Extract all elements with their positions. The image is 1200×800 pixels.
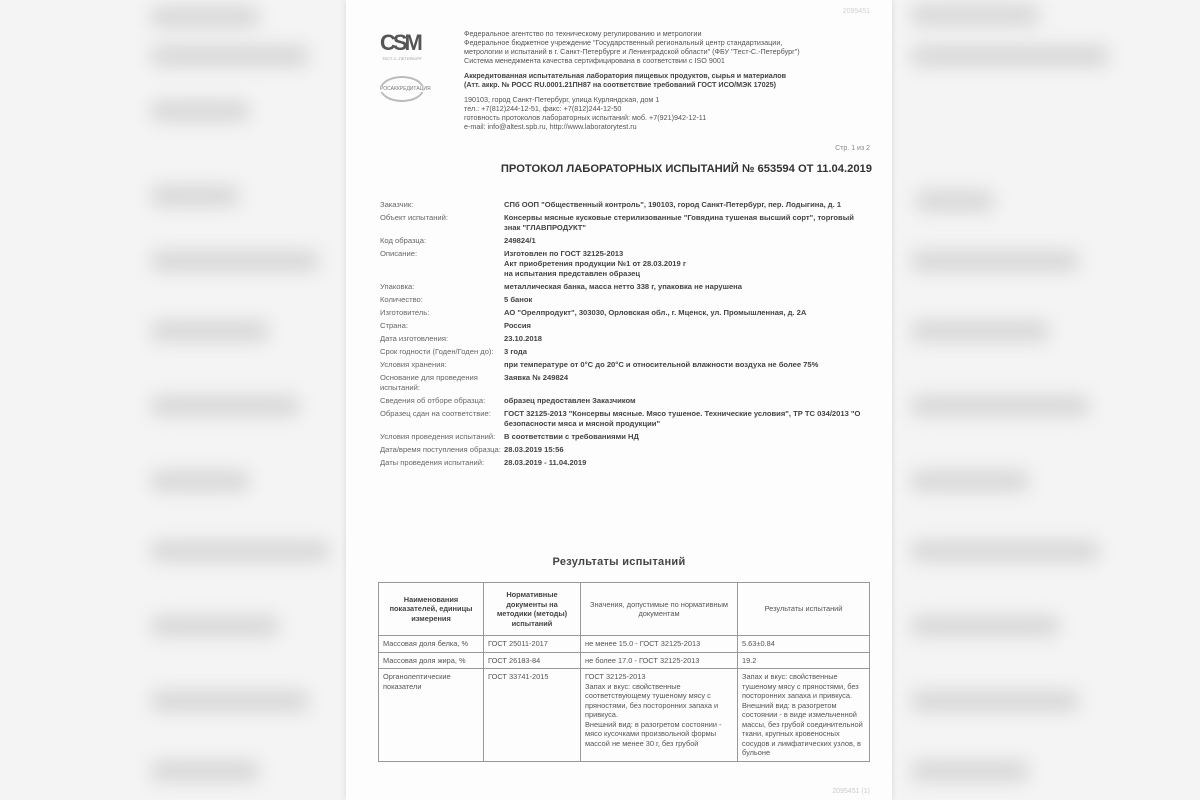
field-label: Объект испытаний:: [380, 213, 504, 233]
field-row: Описание:Изготовлен по ГОСТ 32125-2013 А…: [380, 249, 870, 279]
readiness-line: готовность протоколов лабораторных испыт…: [464, 113, 864, 122]
field-label: Даты проведения испытаний:: [380, 458, 504, 468]
cell-method: ГОСТ 25011-2017: [484, 636, 581, 653]
field-value: ГОСТ 32125-2013 "Консервы мясные. Мясо т…: [504, 409, 870, 429]
field-row: Упаковка:металлическая банка, масса нетт…: [380, 282, 870, 292]
field-label: Упаковка:: [380, 282, 504, 292]
field-row: Условия проведения испытаний:В соответст…: [380, 432, 870, 442]
field-value: образец предоставлен Заказчиком: [504, 396, 870, 406]
field-row: Условия хранения:при температуре от 0°С …: [380, 360, 870, 370]
field-label: Дата изготовления:: [380, 334, 504, 344]
field-value: Заявка № 249824: [504, 373, 870, 393]
results-title: Результаты испытаний: [346, 556, 892, 568]
field-value: 23.10.2018: [504, 334, 870, 344]
results-header-row: Наименования показателей, единицы измере…: [379, 583, 870, 636]
cell-result: 5.63±0.84: [738, 636, 870, 653]
column-header-allowed: Значения, допустимые по нормативным доку…: [581, 583, 738, 636]
field-label: Условия хранения:: [380, 360, 504, 370]
address-line: 190103, город Санкт-Петербург, улица Кур…: [464, 95, 864, 104]
field-label: Срок годности (Годен/Годен до):: [380, 347, 504, 357]
csm-logo-icon: CSM ТЕСТ-С.-ПЕТЕРБУРГ: [380, 30, 424, 56]
field-row: Количество:5 банок: [380, 295, 870, 305]
field-row: Дата изготовления:23.10.2018: [380, 334, 870, 344]
field-row: Заказчик:СПб ООП "Общественный контроль"…: [380, 200, 870, 210]
phone-line: тел.: +7(812)244-12-51, факс: +7(812)244…: [464, 104, 864, 113]
cell-indicator: Массовая доля белка, %: [379, 636, 484, 653]
field-value: Россия: [504, 321, 870, 331]
field-value: Консервы мясные кусковые стерилизованные…: [504, 213, 870, 233]
iso-line: Система менеджмента качества сертифициро…: [464, 56, 864, 65]
field-label: Описание:: [380, 249, 504, 279]
field-value: при температуре от 0°С до 20°С и относит…: [504, 360, 870, 370]
field-row: Изготовитель:АО "Орелпродукт", 303030, О…: [380, 308, 870, 318]
field-value: 249824/1: [504, 236, 870, 246]
field-row: Срок годности (Годен/Годен до):3 года: [380, 347, 870, 357]
table-row: Массовая доля белка, %ГОСТ 25011-2017не …: [379, 636, 870, 653]
field-value: АО "Орелпродукт", 303030, Орловская обл.…: [504, 308, 870, 318]
field-row: Страна:Россия: [380, 321, 870, 331]
field-label: Количество:: [380, 295, 504, 305]
column-header-result: Результаты испытаний: [738, 583, 870, 636]
field-row: Основание для проведения испытаний:Заявк…: [380, 373, 870, 393]
protocol-document: 2095451 CSM ТЕСТ-С.-ПЕТЕРБУРГ РОСАККРЕДИ…: [346, 0, 892, 800]
lab-name: Аккредитованная испытательная лаборатори…: [464, 71, 864, 80]
field-label: Основание для проведения испытаний:: [380, 373, 504, 393]
email-line: e-mail: info@altest.spb.ru, http://www.l…: [464, 122, 864, 131]
results-table: Наименования показателей, единицы измере…: [378, 582, 870, 762]
field-label: Условия проведения испытаний:: [380, 432, 504, 442]
sample-details: Заказчик:СПб ООП "Общественный контроль"…: [380, 200, 870, 471]
cell-indicator: Органолептические показатели: [379, 669, 484, 762]
field-label: Изготовитель:: [380, 308, 504, 318]
field-label: Заказчик:: [380, 200, 504, 210]
field-row: Объект испытаний:Консервы мясные кусковы…: [380, 213, 870, 233]
accreditation-line: (Атт. аккр. № РОСС RU.0001.21ПН87 на соо…: [464, 80, 864, 89]
rosaccreditation-logo-icon: РОСАККРЕДИТАЦИЯ: [380, 76, 424, 102]
institution-line-2: метрологии и испытаний в г. Санкт-Петерб…: [464, 47, 864, 56]
organization-header: Федеральное агентство по техническому ре…: [464, 29, 864, 131]
footer-mark: 2095451 (1): [832, 788, 870, 795]
cell-method: ГОСТ 26183-84: [484, 652, 581, 669]
cell-allowed: не более 17.0 - ГОСТ 32125-2013: [581, 652, 738, 669]
cell-method: ГОСТ 33741-2015: [484, 669, 581, 762]
field-value: металлическая банка, масса нетто 338 г, …: [504, 282, 870, 292]
agency-line: Федеральное агентство по техническому ре…: [464, 29, 864, 38]
column-header-indicator: Наименования показателей, единицы измере…: [379, 583, 484, 636]
field-row: Образец сдан на соответствие:ГОСТ 32125-…: [380, 409, 870, 429]
cell-result: Запах и вкус: свойственные тушеному мясу…: [738, 669, 870, 762]
field-label: Образец сдан на соответствие:: [380, 409, 504, 429]
cell-indicator: Массовая доля жира, %: [379, 652, 484, 669]
corner-mark: 2095451: [843, 8, 870, 15]
field-value: В соответствии с требованиями НД: [504, 432, 870, 442]
institution-line-1: Федеральное бюджетное учреждение "Госуда…: [464, 38, 864, 47]
field-row: Код образца:249824/1: [380, 236, 870, 246]
field-row: Даты проведения испытаний:28.03.2019 - 1…: [380, 458, 870, 468]
field-value: 3 года: [504, 347, 870, 357]
field-value: 5 банок: [504, 295, 870, 305]
table-row: Массовая доля жира, %ГОСТ 26183-84не бол…: [379, 652, 870, 669]
cell-allowed: не менее 15.0 - ГОСТ 32125-2013: [581, 636, 738, 653]
field-value: Изготовлен по ГОСТ 32125-2013 Акт приобр…: [504, 249, 870, 279]
field-value: СПб ООП "Общественный контроль", 190103,…: [504, 200, 870, 210]
field-value: 28.03.2019 - 11.04.2019: [504, 458, 870, 468]
logos: CSM ТЕСТ-С.-ПЕТЕРБУРГ РОСАККРЕДИТАЦИЯ: [380, 30, 428, 102]
field-value: 28.03.2019 15:56: [504, 445, 870, 455]
page-number: Стр. 1 из 2: [835, 145, 870, 152]
field-row: Дата/время поступления образца:28.03.201…: [380, 445, 870, 455]
cell-result: 19.2: [738, 652, 870, 669]
cell-allowed: ГОСТ 32125-2013 Запах и вкус: свойственн…: [581, 669, 738, 762]
field-label: Сведения об отборе образца:: [380, 396, 504, 406]
field-row: Сведения об отборе образца:образец предо…: [380, 396, 870, 406]
protocol-title: ПРОТОКОЛ ЛАБОРАТОРНЫХ ИСПЫТАНИЙ № 653594…: [346, 163, 872, 175]
table-row: Органолептические показателиГОСТ 33741-2…: [379, 669, 870, 762]
field-label: Код образца:: [380, 236, 504, 246]
field-label: Страна:: [380, 321, 504, 331]
field-label: Дата/время поступления образца:: [380, 445, 504, 455]
column-header-method: Нормативные документы на методики (метод…: [484, 583, 581, 636]
